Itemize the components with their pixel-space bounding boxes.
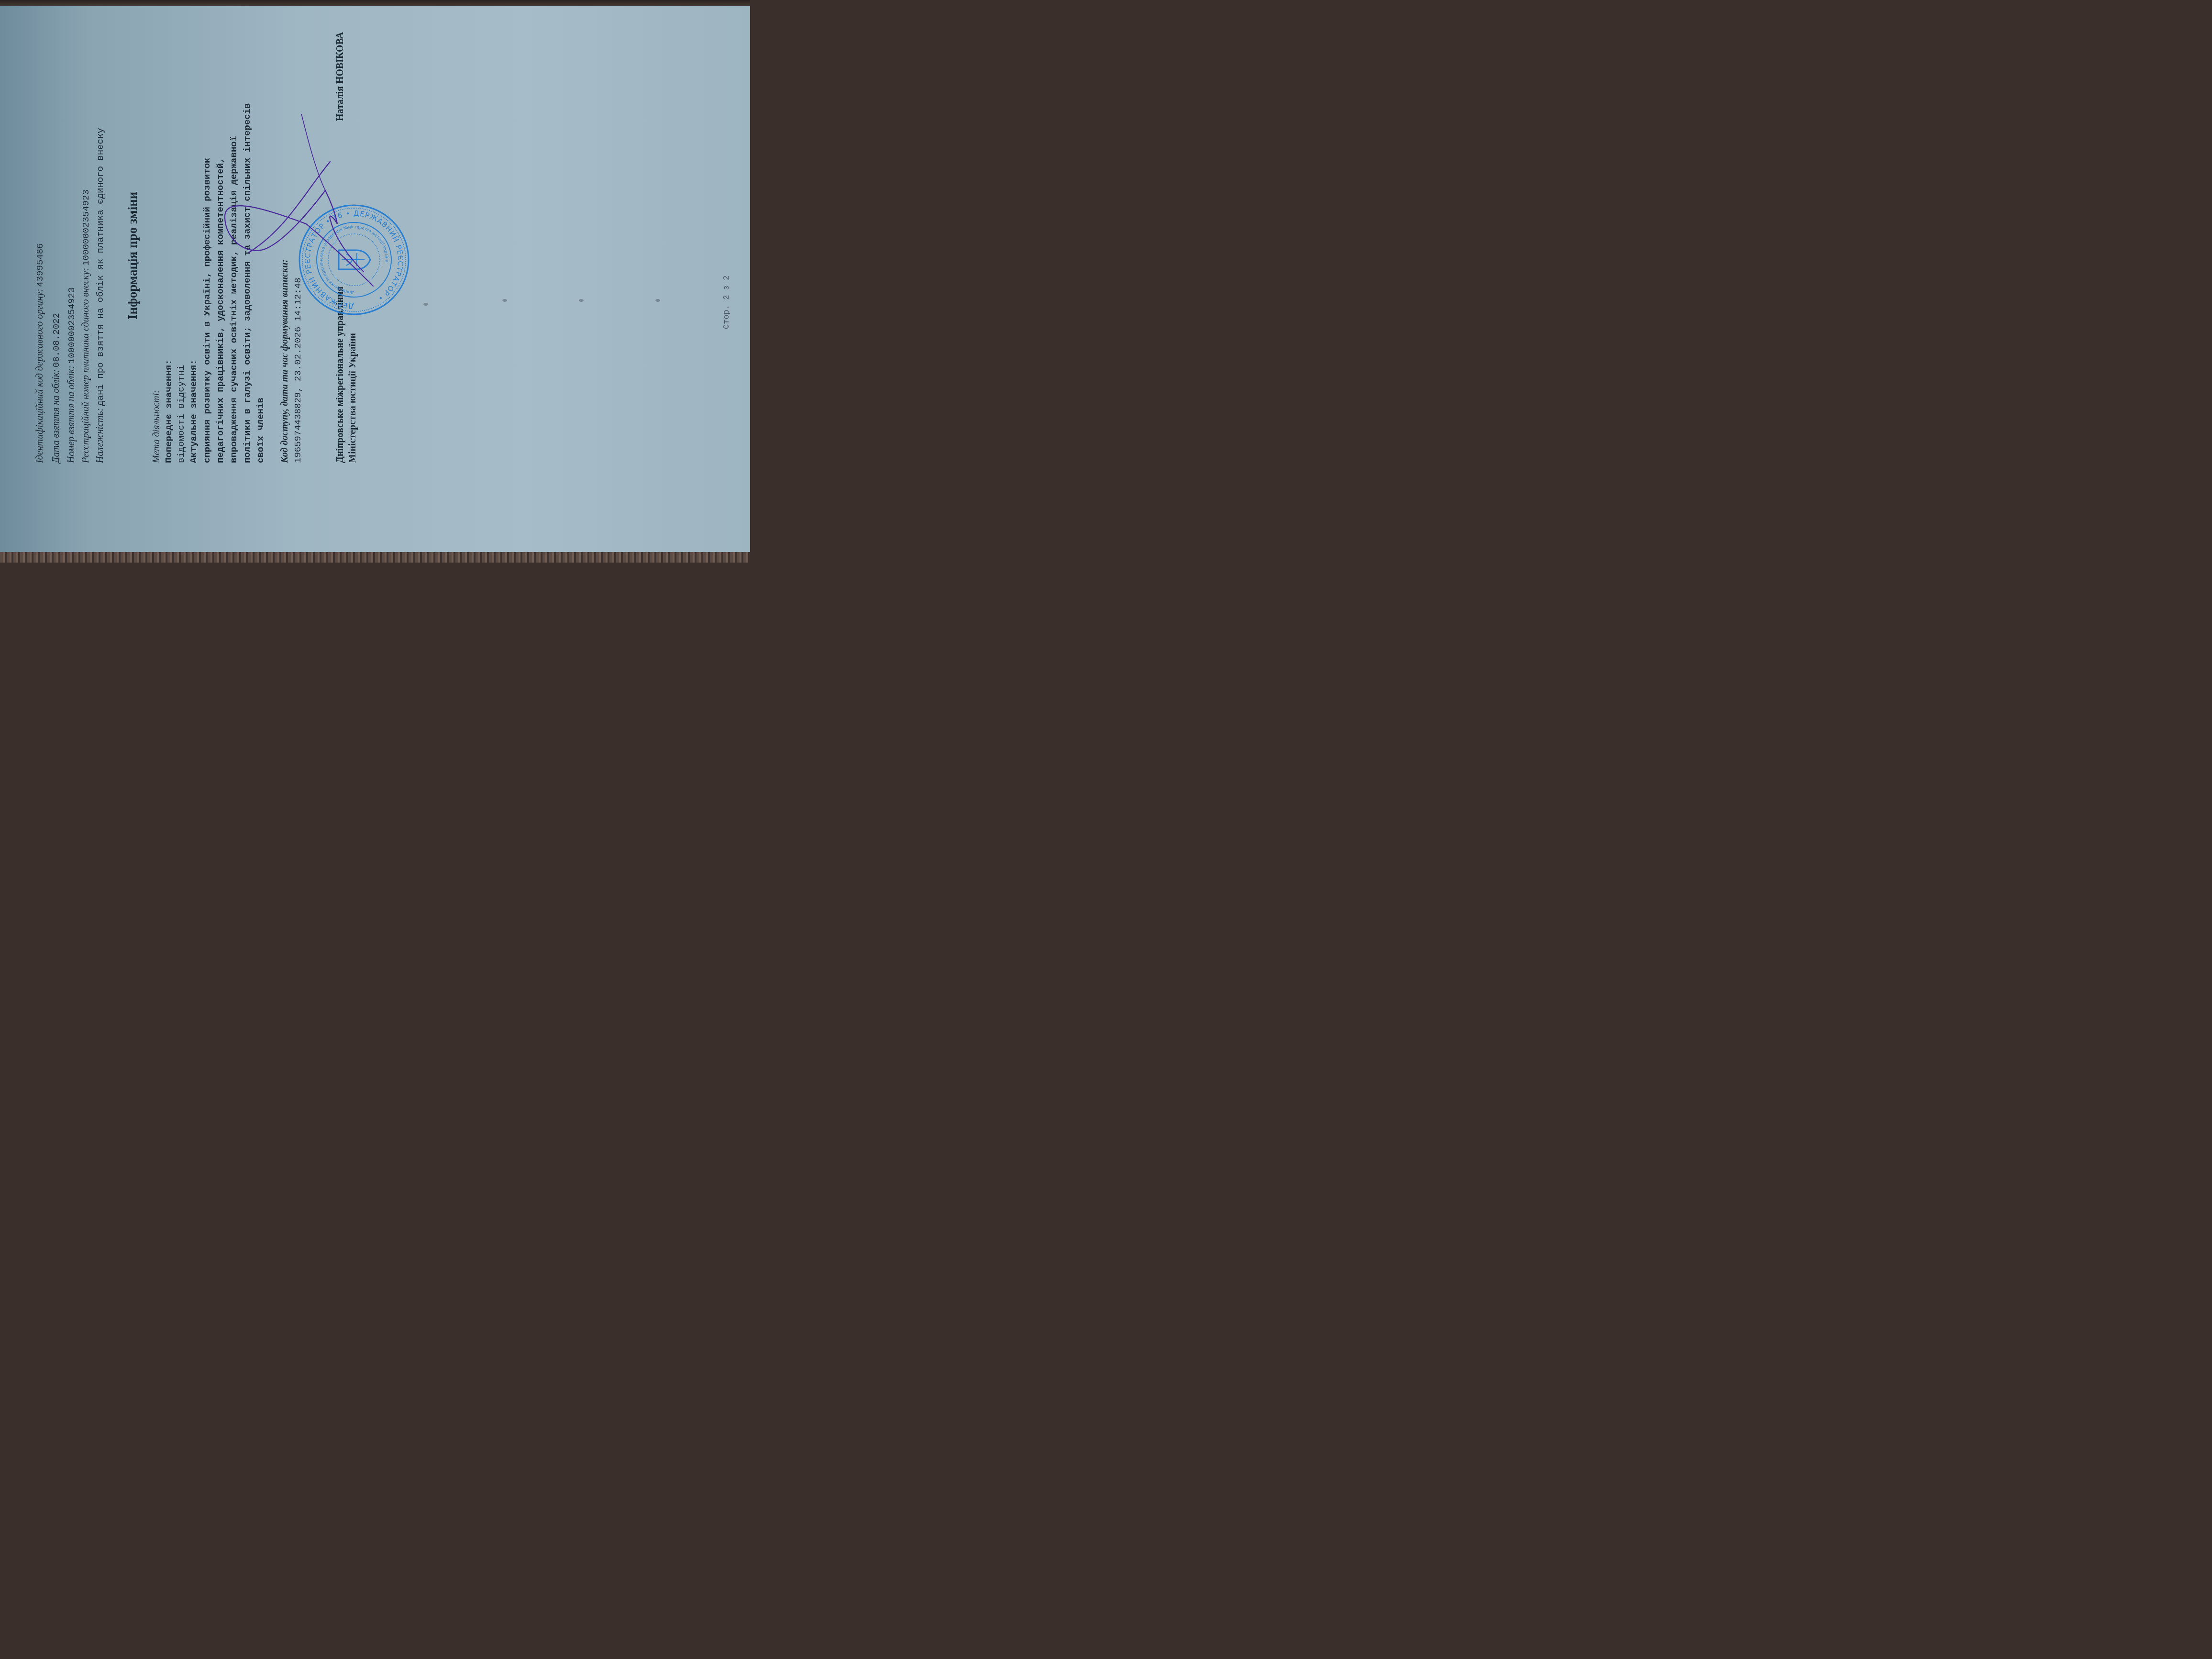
- field-value: 10000002354923: [66, 288, 77, 364]
- signature-org-line2: Міністерства юстиції України: [347, 333, 358, 463]
- field-value: 43995486: [35, 243, 45, 287]
- paper-speck: [423, 303, 428, 306]
- field-payer-number: Реєстраційний номер платника єдиного вне…: [80, 189, 91, 463]
- field-label: Дата взяття на облік:: [51, 369, 61, 463]
- rotated-document-page: Ідентифікаційний код державного органу: …: [0, 6, 750, 554]
- current-value-line: своїх членів: [255, 398, 266, 463]
- signer-name: Наталія НОВІКОВА: [335, 32, 346, 121]
- current-value-line: політики в галузі освіти; задоволення та…: [242, 103, 253, 463]
- section-title: Інформація про зміни: [125, 192, 140, 320]
- access-code-label: Код доступу, дата та час формування випи…: [279, 259, 290, 463]
- field-affiliation: Належність: дані про взяття на облік як …: [95, 128, 106, 463]
- field-value: 08.08.2022: [51, 313, 62, 367]
- field-value: дані про взяття на облік як платника єди…: [95, 128, 106, 406]
- current-value-line: впровадження сучасних освітніх методик, …: [229, 136, 239, 463]
- official-stamp-icon: ДЕРЖАВНИЙ РЕЄСТРАТОР • 16 • ДЕРЖАВНИЙ РЕ…: [297, 202, 411, 317]
- field-value: 10000002354923: [81, 189, 91, 266]
- current-value-line: сприяння розвитку освіти в Україні, проф…: [202, 157, 212, 463]
- current-value-line: педагогічних працівників, удосконалення …: [215, 157, 226, 463]
- paper-speck: [655, 299, 660, 302]
- paper-speck: [579, 299, 584, 302]
- field-registration-date: Дата взяття на облік: 08.08.2022: [51, 313, 62, 463]
- field-registration-number: Номер взяття на облік: 10000002354923: [66, 288, 77, 463]
- field-label: Реєстраційний номер платника єдиного вне…: [80, 268, 91, 463]
- field-label: Належність:: [95, 408, 105, 463]
- page-number: Стор. 2 з 2: [722, 276, 731, 329]
- field-state-body-code: Ідентифікаційний код державного органу: …: [34, 243, 45, 463]
- field-label: Номер взяття на облік:: [66, 365, 77, 463]
- previous-value-label: Попереднє значення:: [164, 359, 174, 463]
- current-value-label: Актуальне значення:: [188, 359, 199, 463]
- previous-value: відомості відсутні: [176, 365, 187, 463]
- paper-speck: [502, 299, 507, 302]
- field-label: Ідентифікаційний код державного органу:: [34, 289, 45, 463]
- purpose-label: Мета діяльності:: [151, 390, 162, 463]
